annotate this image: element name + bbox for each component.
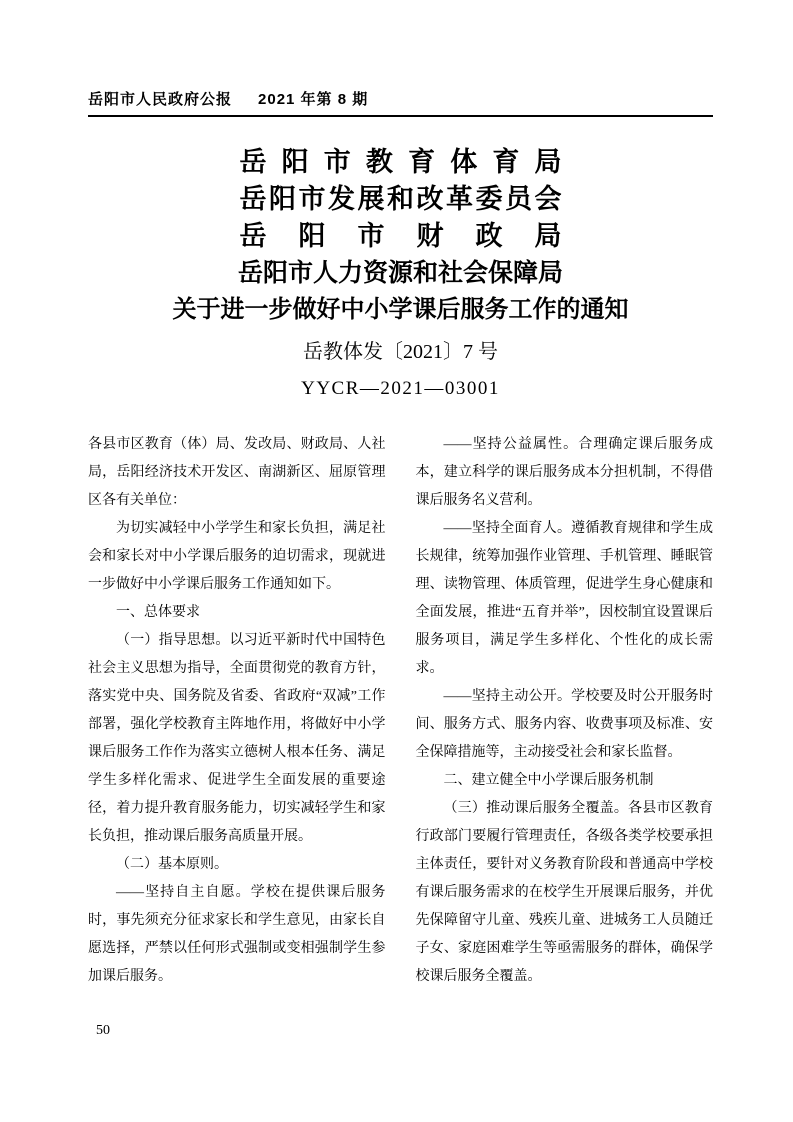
title-org-line-4: 岳阳市人力资源和社会保障局 [88, 255, 713, 292]
doc-code: YYCR—2021—03001 [88, 377, 713, 401]
title-subject-line: 关于进一步做好中小学课后服务工作的通知 [88, 292, 713, 329]
gazette-page: 岳阳市人民政府公报2021 年第 8 期 岳阳市教育体育局 岳阳市发展和改革委员… [0, 0, 793, 1122]
body-paragraph: ——坚持自主自愿。学校在提供课后服务时，事先须充分征求家长和学生意见，由家长自愿… [88, 879, 386, 991]
section-heading: 一、总体要求 [88, 599, 386, 627]
document-body: 各县市区教育（体）局、发改局、财政局、人社局，岳阳经济技术开发区、南湖新区、屈原… [88, 431, 713, 1019]
body-paragraph: （二）基本原则。 [88, 851, 386, 879]
body-paragraph: ——坚持全面育人。遵循教育规律和学生成长规律，统筹加强作业管理、手机管理、睡眠管… [416, 515, 714, 683]
title-org-line-2: 岳阳市发展和改革委员会 [240, 181, 562, 218]
body-paragraph: ——坚持公益属性。合理确定课后服务成本，建立科学的课后服务成本分担机制，不得借课… [416, 431, 714, 515]
section-heading: 二、建立健全中小学课后服务机制 [416, 767, 714, 795]
body-paragraph: 为切实减轻中小学学生和家长负担，满足社会和家长对中小学课后服务的迫切需求，现就进… [88, 515, 386, 599]
gazette-name: 岳阳市人民政府公报 [88, 91, 232, 108]
body-paragraph: （一）指导思想。以习近平新时代中国特色社会主义思想为指导，全面贯彻党的教育方针，… [88, 627, 386, 851]
body-paragraph: 各县市区教育（体）局、发改局、财政局、人社局，岳阳经济技术开发区、南湖新区、屈原… [88, 431, 386, 515]
issue-number: 2021 年第 8 期 [258, 91, 368, 108]
title-org-line-3: 岳阳市财政局 [240, 218, 562, 255]
doc-number: 岳教体发〔2021〕7 号 [88, 339, 713, 365]
page-header: 岳阳市人民政府公报2021 年第 8 期 [88, 90, 713, 117]
body-paragraph: ——坚持主动公开。学校要及时公开服务时间、服务方式、服务内容、收费事项及标准、安… [416, 683, 714, 767]
body-paragraph: （三）推动课后服务全覆盖。各县市区教育行政部门要履行管理责任，各级各类学校要承担… [416, 795, 714, 991]
document-title: 岳阳市教育体育局 岳阳市发展和改革委员会 岳阳市财政局 岳阳市人力资源和社会保障… [88, 144, 713, 329]
page-number: 50 [96, 1022, 110, 1040]
title-org-line-1: 岳阳市教育体育局 [240, 144, 562, 181]
